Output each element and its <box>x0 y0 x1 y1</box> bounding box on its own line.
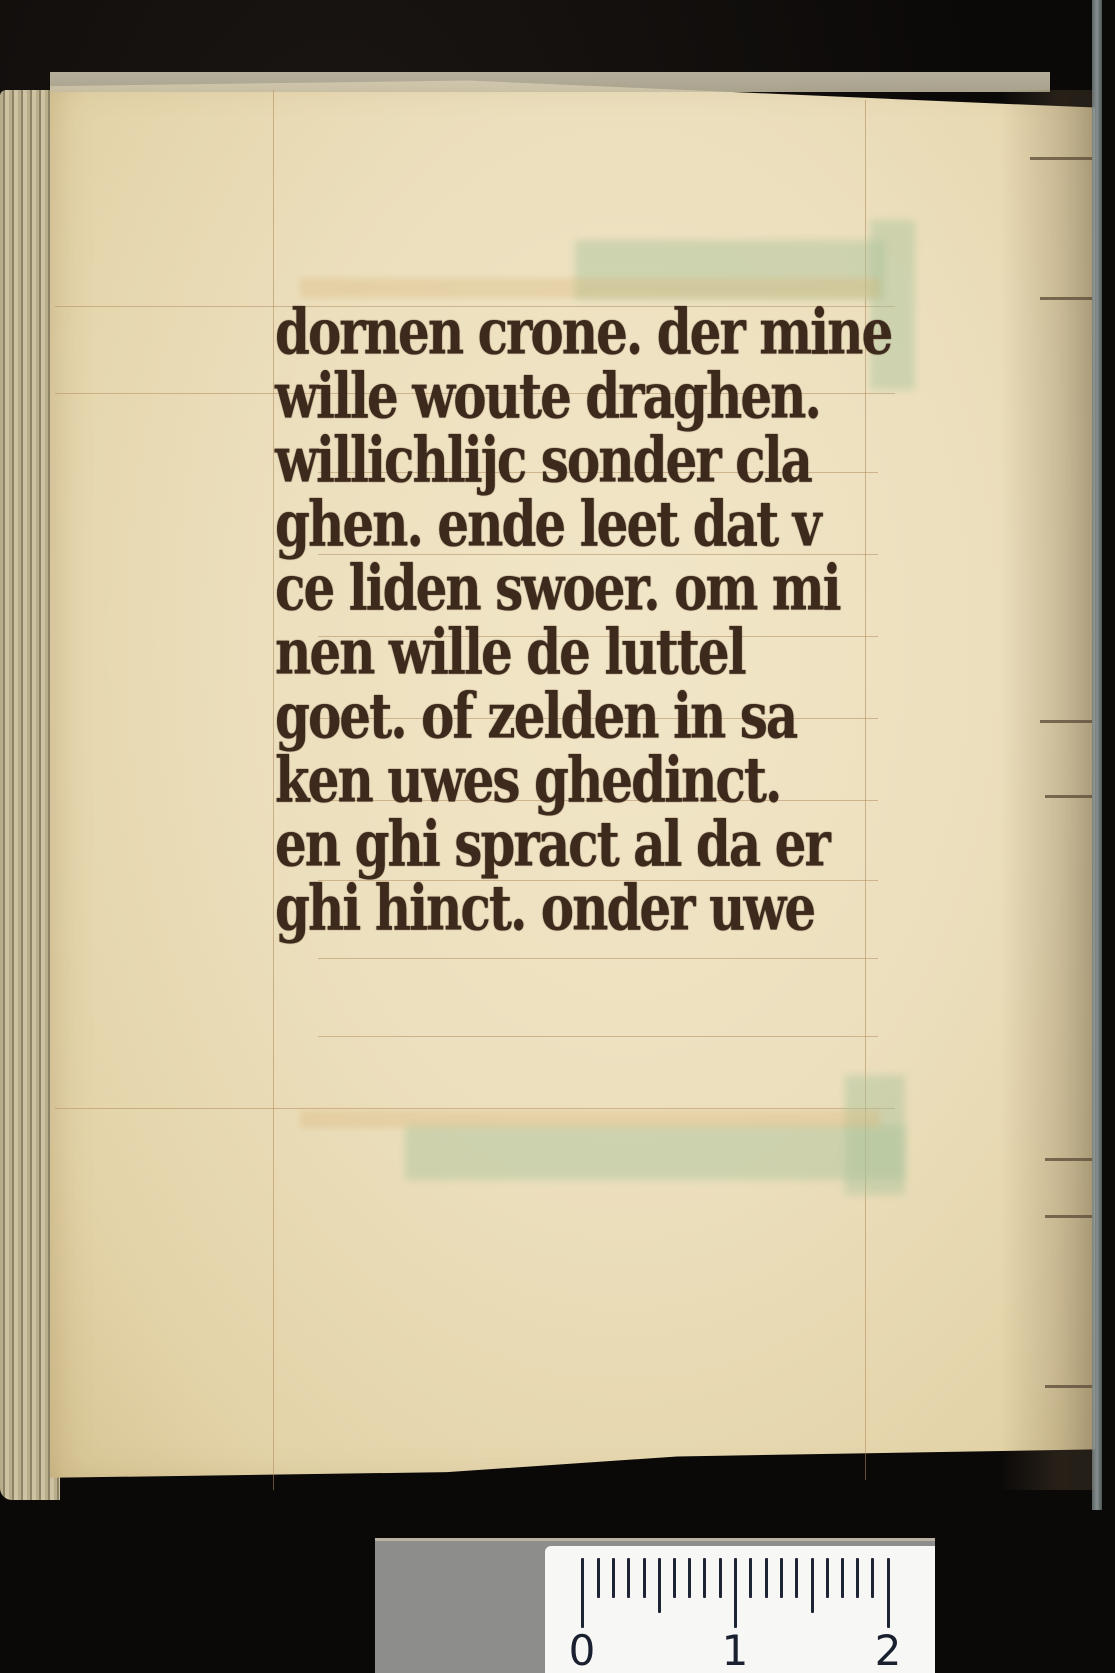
scale-ruler: 0 1 2 <box>545 1546 935 1673</box>
ruler-tick <box>856 1558 859 1598</box>
edge-tear <box>1045 1158 1092 1161</box>
ruler-tick-major <box>887 1558 890 1628</box>
edge-tear <box>1040 297 1092 300</box>
ruler-tick <box>871 1558 874 1598</box>
ruler-tick <box>749 1558 752 1598</box>
ruler-tick <box>597 1558 600 1598</box>
edge-tear <box>1040 720 1092 723</box>
folio-fore-edge-stain <box>1000 90 1095 1490</box>
ochre-border-wash <box>300 1110 880 1128</box>
manuscript-text-block: dornen crone. der mine wille woute dragh… <box>275 300 895 940</box>
edge-tear <box>1045 795 1092 798</box>
edge-tear <box>1030 157 1092 160</box>
ruler-tick-mid <box>658 1558 661 1613</box>
ruler-tick <box>795 1558 798 1598</box>
ruler-tick <box>780 1558 783 1598</box>
vertical-ruling-left <box>273 90 274 1490</box>
horizontal-ruling <box>55 1108 895 1109</box>
green-border-wash <box>845 1075 905 1195</box>
ruler-label-1: 1 <box>722 1626 749 1673</box>
green-border-wash <box>405 1125 905 1180</box>
ruler-tick <box>841 1558 844 1598</box>
ruler-tick-major <box>581 1558 584 1628</box>
folio-top-edge <box>50 72 1050 92</box>
edge-tear <box>1045 1385 1092 1388</box>
ruler-tick <box>643 1558 646 1598</box>
horizontal-ruling <box>318 1036 878 1037</box>
ruler-tick-mid <box>811 1558 814 1613</box>
ruler-tick <box>703 1558 706 1598</box>
ruler-label-2: 2 <box>875 1626 902 1673</box>
horizontal-ruling <box>318 958 878 959</box>
ruler-tick <box>627 1558 630 1598</box>
ruler-tick-major <box>734 1558 737 1628</box>
text-line: ghi hinct. onder uwe <box>275 868 895 948</box>
ruler-label-0: 0 <box>569 1626 596 1673</box>
ruler-tick <box>673 1558 676 1598</box>
ruler-tick <box>826 1558 829 1598</box>
ruler-tick <box>688 1558 691 1598</box>
ruler-tick <box>612 1558 615 1598</box>
ruler-tick <box>765 1558 768 1598</box>
ruler-tick <box>719 1558 722 1598</box>
glass-weight-strip <box>1092 0 1102 1510</box>
edge-tear <box>1045 1215 1092 1218</box>
